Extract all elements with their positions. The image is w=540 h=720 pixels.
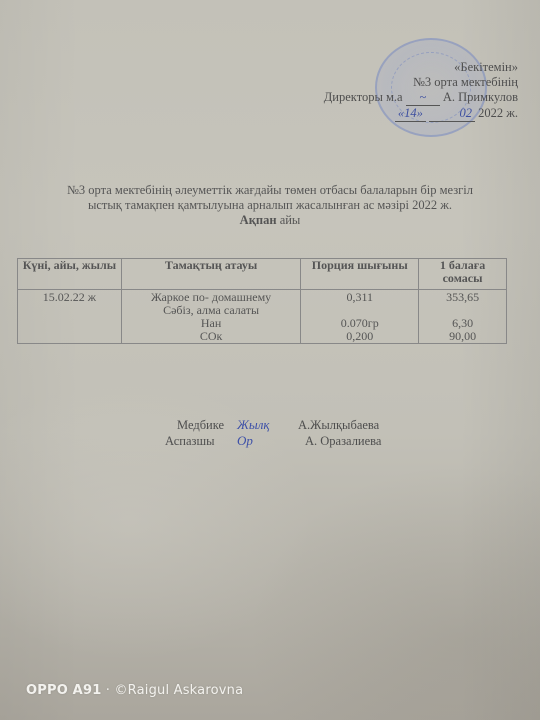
header-dish: Тамақтың атауы <box>121 259 301 290</box>
handwritten-signature: Ор <box>237 433 253 449</box>
cell-date <box>18 330 122 344</box>
signatures-block: Медбике Жылқ А.Жылқыбаева Аспазшы Ор А. … <box>165 417 405 449</box>
watermark-credit: ©Raigul Askarovna <box>114 683 243 698</box>
approval-heading: «Бекітемін» <box>324 60 518 75</box>
month-name: Ақпан <box>240 213 277 227</box>
cell-portion: 0,200 <box>301 330 419 344</box>
signature-name: А. Оразалиева <box>305 433 381 449</box>
title-month: Ақпан айы <box>20 213 520 228</box>
date-month: 02 <box>429 106 475 122</box>
cell-sum: 90,00 <box>419 330 507 344</box>
cell-dish: СОк <box>121 330 301 344</box>
title-line-1: №3 орта мектебінің әлеуметтік жағдайы тө… <box>20 183 520 198</box>
document-title: №3 орта мектебінің әлеуметтік жағдайы тө… <box>20 183 520 228</box>
signature-role: Медбике <box>177 417 224 433</box>
date-day: «14» <box>395 106 426 122</box>
date-year: 2022 ж. <box>478 106 518 120</box>
cell-date <box>18 304 122 317</box>
header-portion: Порция шығыны <box>301 259 419 290</box>
table-row: Нан 0.070гр 6,30 <box>18 317 507 330</box>
table-row: Сәбіз, алма салаты <box>18 304 507 317</box>
approval-school: №3 орта мектебінің <box>324 75 518 90</box>
approval-block: «Бекітемін» №3 орта мектебінің Директоры… <box>324 60 518 122</box>
signature-row-cook: Аспазшы Ор А. Оразалиева <box>165 433 405 449</box>
table-header-row: Күні, айы, жылы Тамақтың атауы Порция шы… <box>18 259 507 290</box>
header-date: Күні, айы, жылы <box>18 259 122 290</box>
cell-portion: 0,311 <box>301 290 419 305</box>
approval-date: «14» 02 2022 ж. <box>324 106 518 122</box>
camera-watermark: OPPO A91 · ©Raigul Askarovna <box>26 683 243 698</box>
approval-director: Директоры м.а ~ А. Примкулов <box>324 90 518 106</box>
cell-dish: Жаркое по- домашнему <box>121 290 301 305</box>
signature-name: А.Жылқыбаева <box>298 417 379 433</box>
watermark-separator: · <box>101 683 114 698</box>
cell-date <box>18 317 122 330</box>
handwritten-signature: Жылқ <box>237 417 269 433</box>
header-sum: 1 балаға сомасы <box>419 259 507 290</box>
director-name: А. Примкулов <box>443 90 518 104</box>
title-line-2: ыстық тамақпен қамтылуына арналып жасалы… <box>20 198 520 213</box>
menu-table: Күні, айы, жылы Тамақтың атауы Порция шы… <box>17 258 507 344</box>
month-suffix: айы <box>280 213 301 227</box>
table-row: СОк 0,200 90,00 <box>18 330 507 344</box>
watermark-brand: OPPO A91 <box>26 683 101 698</box>
director-label: Директоры м.а <box>324 90 403 104</box>
signature-role: Аспазшы <box>165 433 214 449</box>
director-signature: ~ <box>406 90 440 106</box>
cell-sum: 353,65 <box>419 290 507 305</box>
signature-row-nurse: Медбике Жылқ А.Жылқыбаева <box>165 417 405 433</box>
cell-date: 15.02.22 ж <box>18 290 122 305</box>
table-row: 15.02.22 ж Жаркое по- домашнему 0,311 35… <box>18 290 507 305</box>
